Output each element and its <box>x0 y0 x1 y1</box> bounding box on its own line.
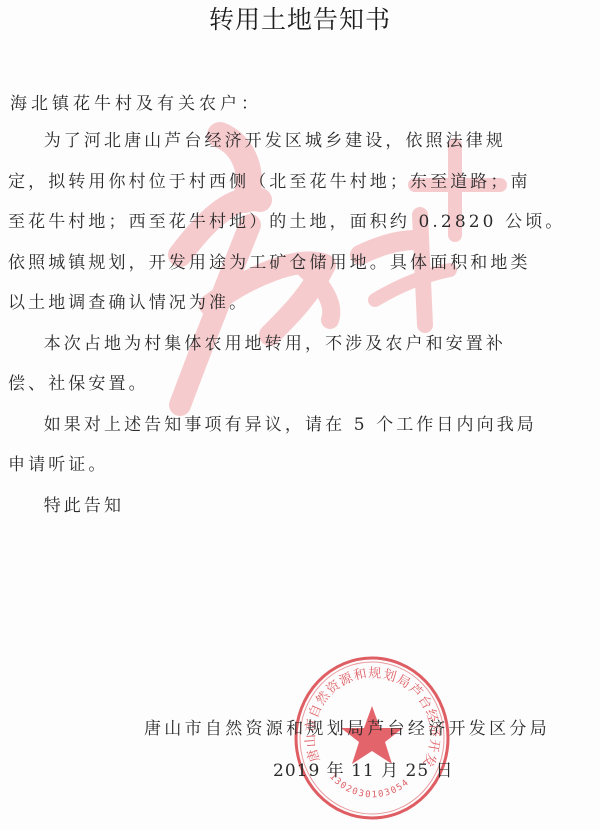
document-page: 转用土地告知书 海北镇花牛村及有关农户： 为了河北唐山芦台经济开发区城乡建设，依… <box>0 0 600 830</box>
document-title: 转用土地告知书 <box>0 2 600 38</box>
text-line: 依照城镇规划，开发用途为工矿仓储用地。具体面积和地类 <box>8 243 588 284</box>
paragraph-compensation: 本次占地为村集体农用地转用，不涉及农户和安置补 偿、社保安置。 <box>8 324 588 405</box>
paragraph-objection: 如果对上述告知事项有异议，请在 5 个工作日内向我局 申请听证。 <box>8 405 588 486</box>
text-line: 申请听证。 <box>8 445 588 486</box>
text-line: 为了河北唐山芦台经济开发区城乡建设，依照法律规 <box>8 121 588 162</box>
text-line: 偿、社保安置。 <box>8 364 588 405</box>
text-line: 定，拟转用你村位于村西侧（北至花牛村地；东至道路；南 <box>8 162 588 203</box>
issue-date: 2019 年 11 月 25 日 <box>273 756 454 781</box>
paragraph-closing: 特此告知 <box>8 486 588 527</box>
text-line: 至花牛村地；西至花牛村地）的土地，面积约 0.2820 公顷。 <box>8 202 588 243</box>
paragraph-land-transfer: 为了河北唐山芦台经济开发区城乡建设，依照法律规 定，拟转用你村位于村西侧（北至花… <box>8 121 588 324</box>
text-line: 如果对上述告知事项有异议，请在 5 个工作日内向我局 <box>8 405 588 446</box>
text-line: 本次占地为村集体农用地转用，不涉及农户和安置补 <box>8 324 588 365</box>
text-line: 以土地调查确认情况为准。 <box>8 283 588 324</box>
text-line: 特此告知 <box>8 486 588 527</box>
issuing-authority: 唐山市自然资源和规划局芦台经济开发区分局 <box>144 714 550 739</box>
notice-body: 为了河北唐山芦台经济开发区城乡建设，依照法律规 定，拟转用你村位于村西侧（北至花… <box>8 121 588 526</box>
